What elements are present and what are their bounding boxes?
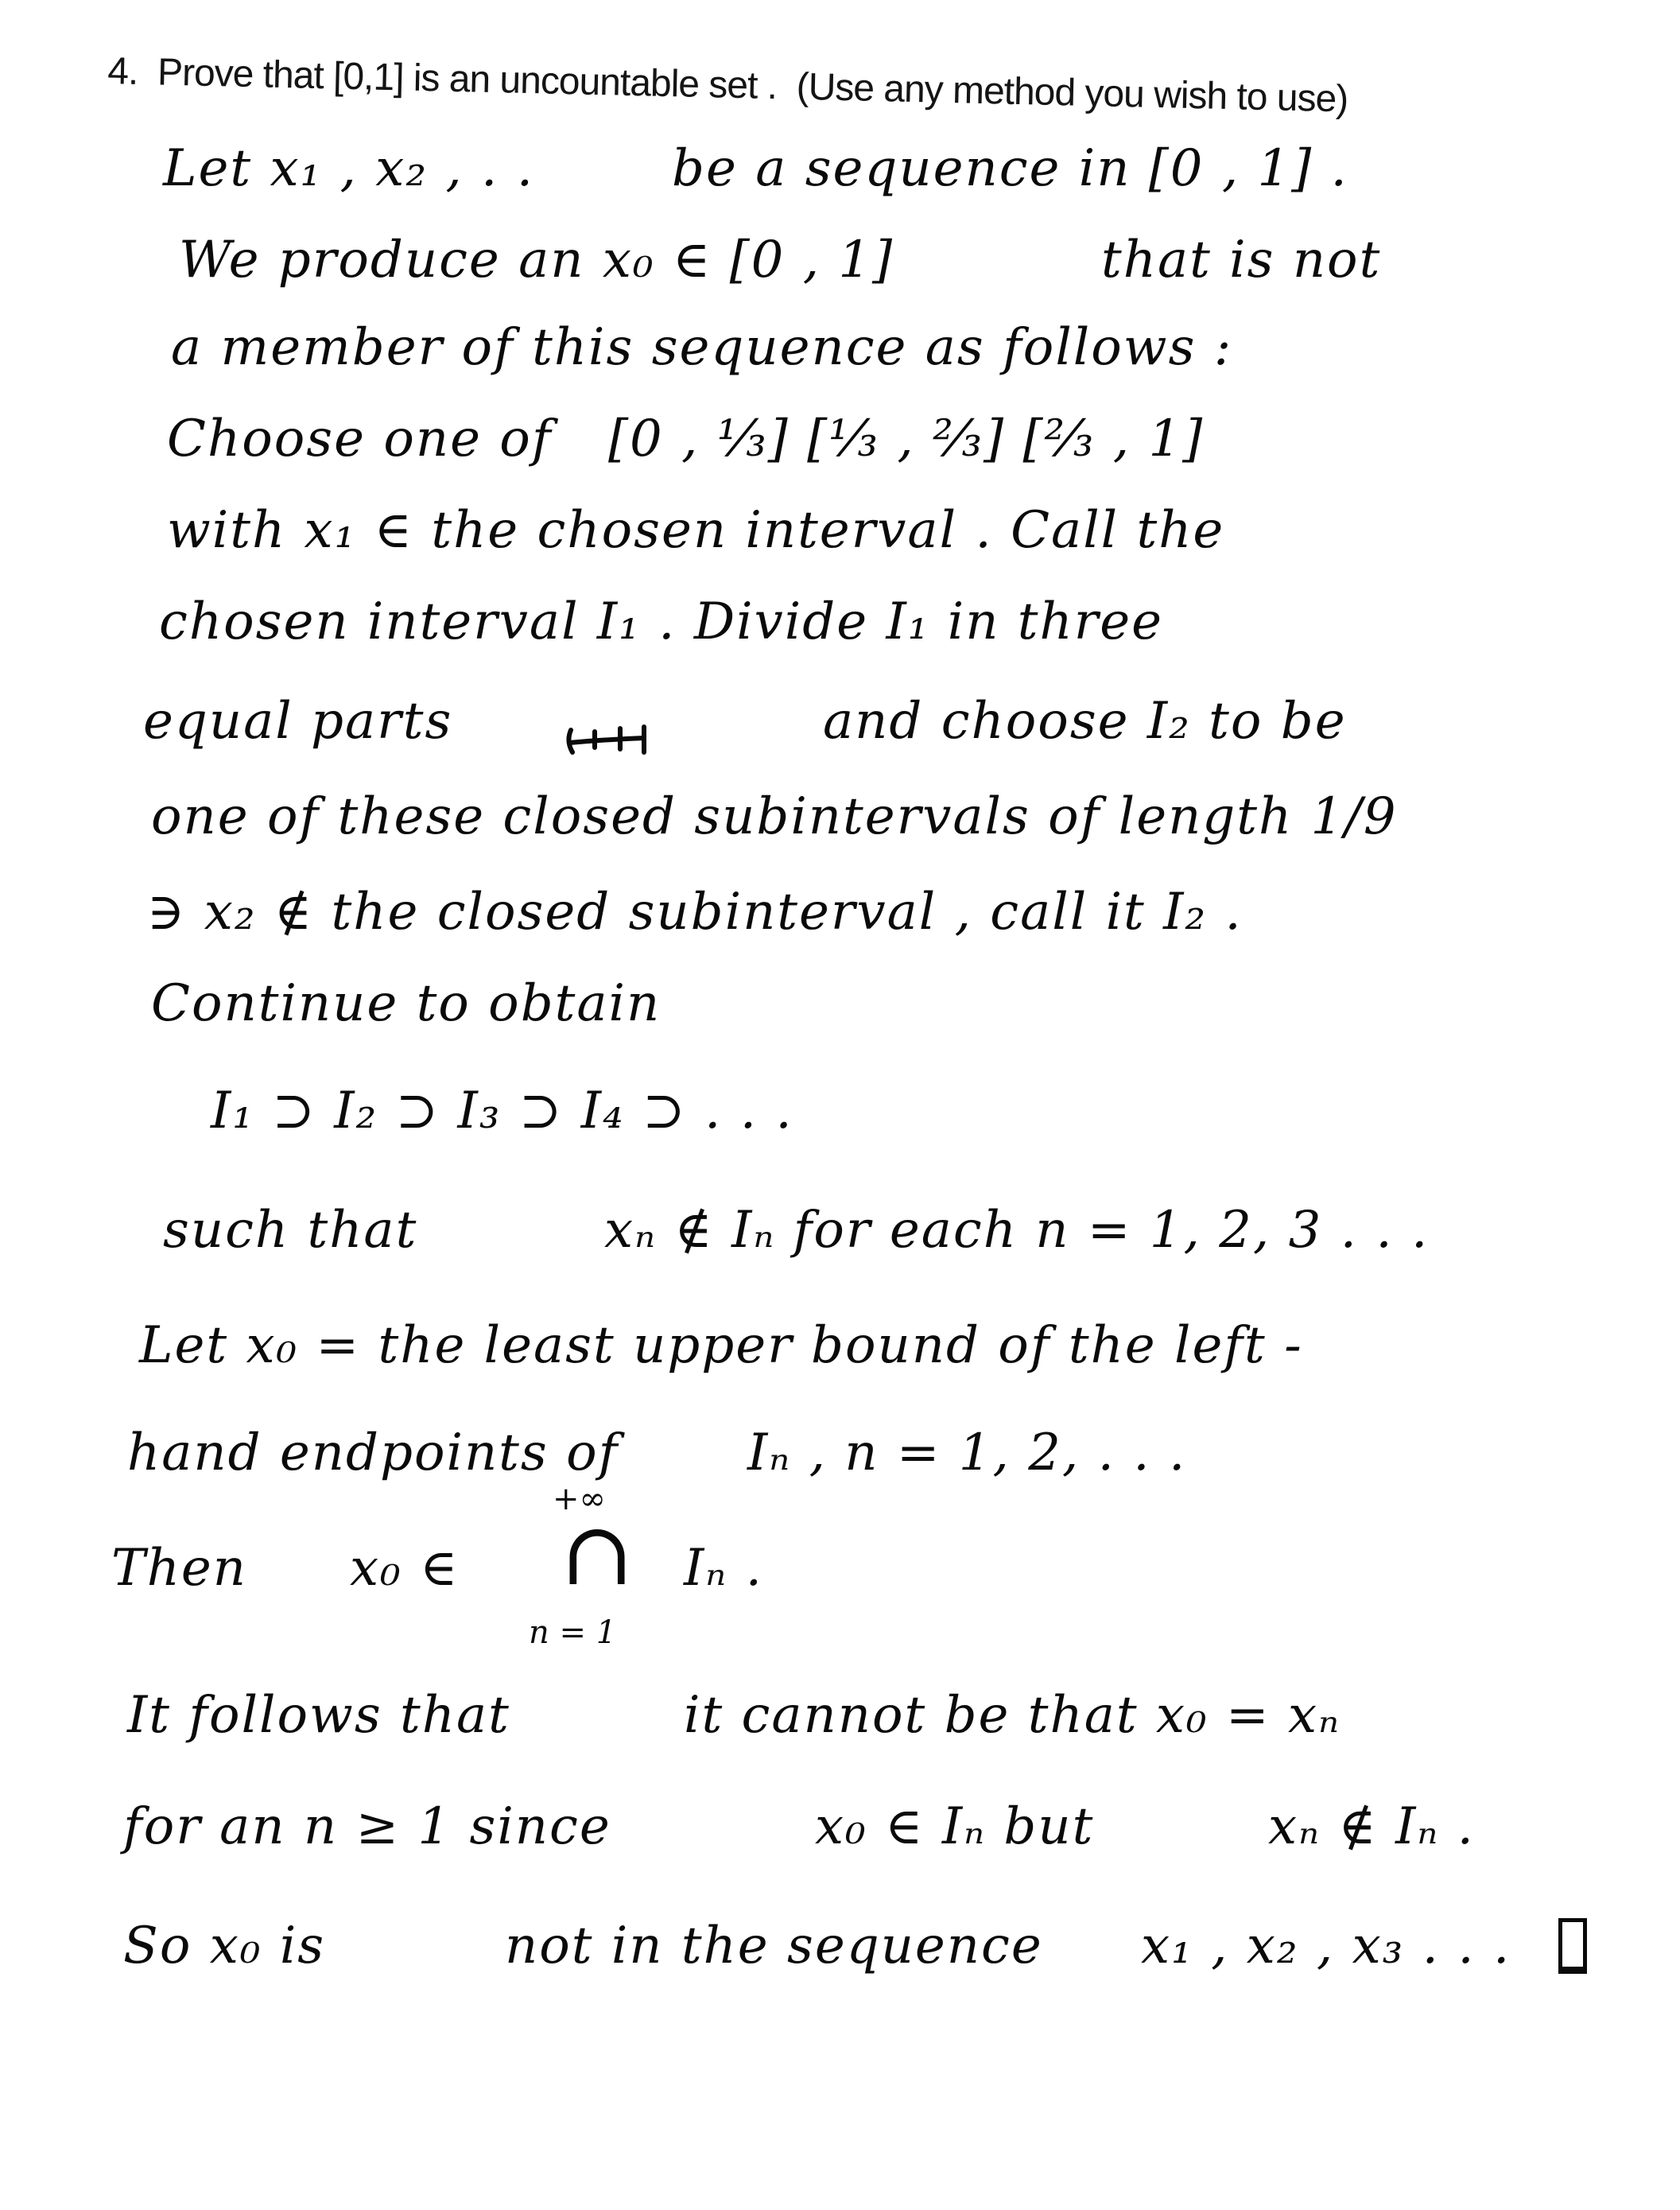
proof-text: Then [111,1539,247,1598]
proof-text: Iₙ , n = 1, 2, . . . [747,1423,1186,1482]
proof-text: Continue to obtain [151,974,661,1033]
proof-text: x₁ , x₂ , x₃ . . . [1141,1917,1511,1975]
proof-text: Let x₀ = the least upper bound of the le… [139,1316,1303,1375]
homework-page: 4. Prove that [0,1] is an uncountable se… [0,0,1680,2210]
proof-text: it cannot be that x₀ = xₙ [684,1686,1341,1745]
proof-text: for an n ≥ 1 since [123,1797,611,1856]
proof-text: one of these closed subintervals of leng… [151,787,1398,846]
problem-number: 4. [107,50,138,93]
interval-divided-in-three-icon [565,722,652,759]
proof-text: ∋ x₂ ∉ the closed subinterval , call it … [147,883,1243,942]
proof-text: chosen interval I₁ . Divide I₁ in three [159,592,1163,651]
proof-text: hand endpoints of [127,1423,619,1482]
proof-text: not in the sequence [505,1917,1043,1975]
proof-text: equal parts [143,692,452,751]
intersection-symbol: ∩ [561,1503,634,1605]
proof-text: be a sequence in [0 , 1] . [672,139,1348,198]
proof-text: Choose one of [167,410,553,468]
proof-text: that is not [1101,231,1381,289]
proof-text: [0 , ⅓] [⅓ , ⅔] [⅔ , 1] [608,410,1204,468]
problem-statement: Prove that [0,1] is an uncountable set . [157,51,777,107]
proof-text: xₙ ∉ Iₙ for each n = 1, 2, 3 . . . [604,1201,1429,1260]
proof-text: xₙ ∉ Iₙ . [1268,1797,1475,1856]
proof-text: with x₁ ∈ the chosen interval . Call the [167,501,1224,560]
proof-text: and choose I₂ to be [823,692,1347,751]
proof-text: a member of this sequence as follows : [171,318,1232,377]
proof-text: So x₀ is [123,1917,325,1975]
proof-text: such that [163,1201,417,1260]
problem-instruction: (Use any method you wish to use) [796,66,1348,121]
proof-text: We produce an x₀ ∈ [0 , 1] [179,231,894,289]
intersection-lower-limit: n = 1 [529,1614,616,1651]
proof-text: x₀ ∈ [350,1539,459,1598]
qed-square-icon [1558,1918,1587,1974]
proof-text: Let x₁ , x₂ , . . [163,139,534,198]
proof-text: It follows that [127,1686,510,1745]
problem-header: 4. Prove that [0,1] is an uncountable se… [107,49,1507,125]
proof-text: x₀ ∈ Iₙ but [815,1797,1094,1856]
proof-text: I₁ ⊃ I₂ ⊃ I₃ ⊃ I₄ ⊃ . . . [211,1082,793,1140]
proof-text: Iₙ . [684,1539,763,1598]
